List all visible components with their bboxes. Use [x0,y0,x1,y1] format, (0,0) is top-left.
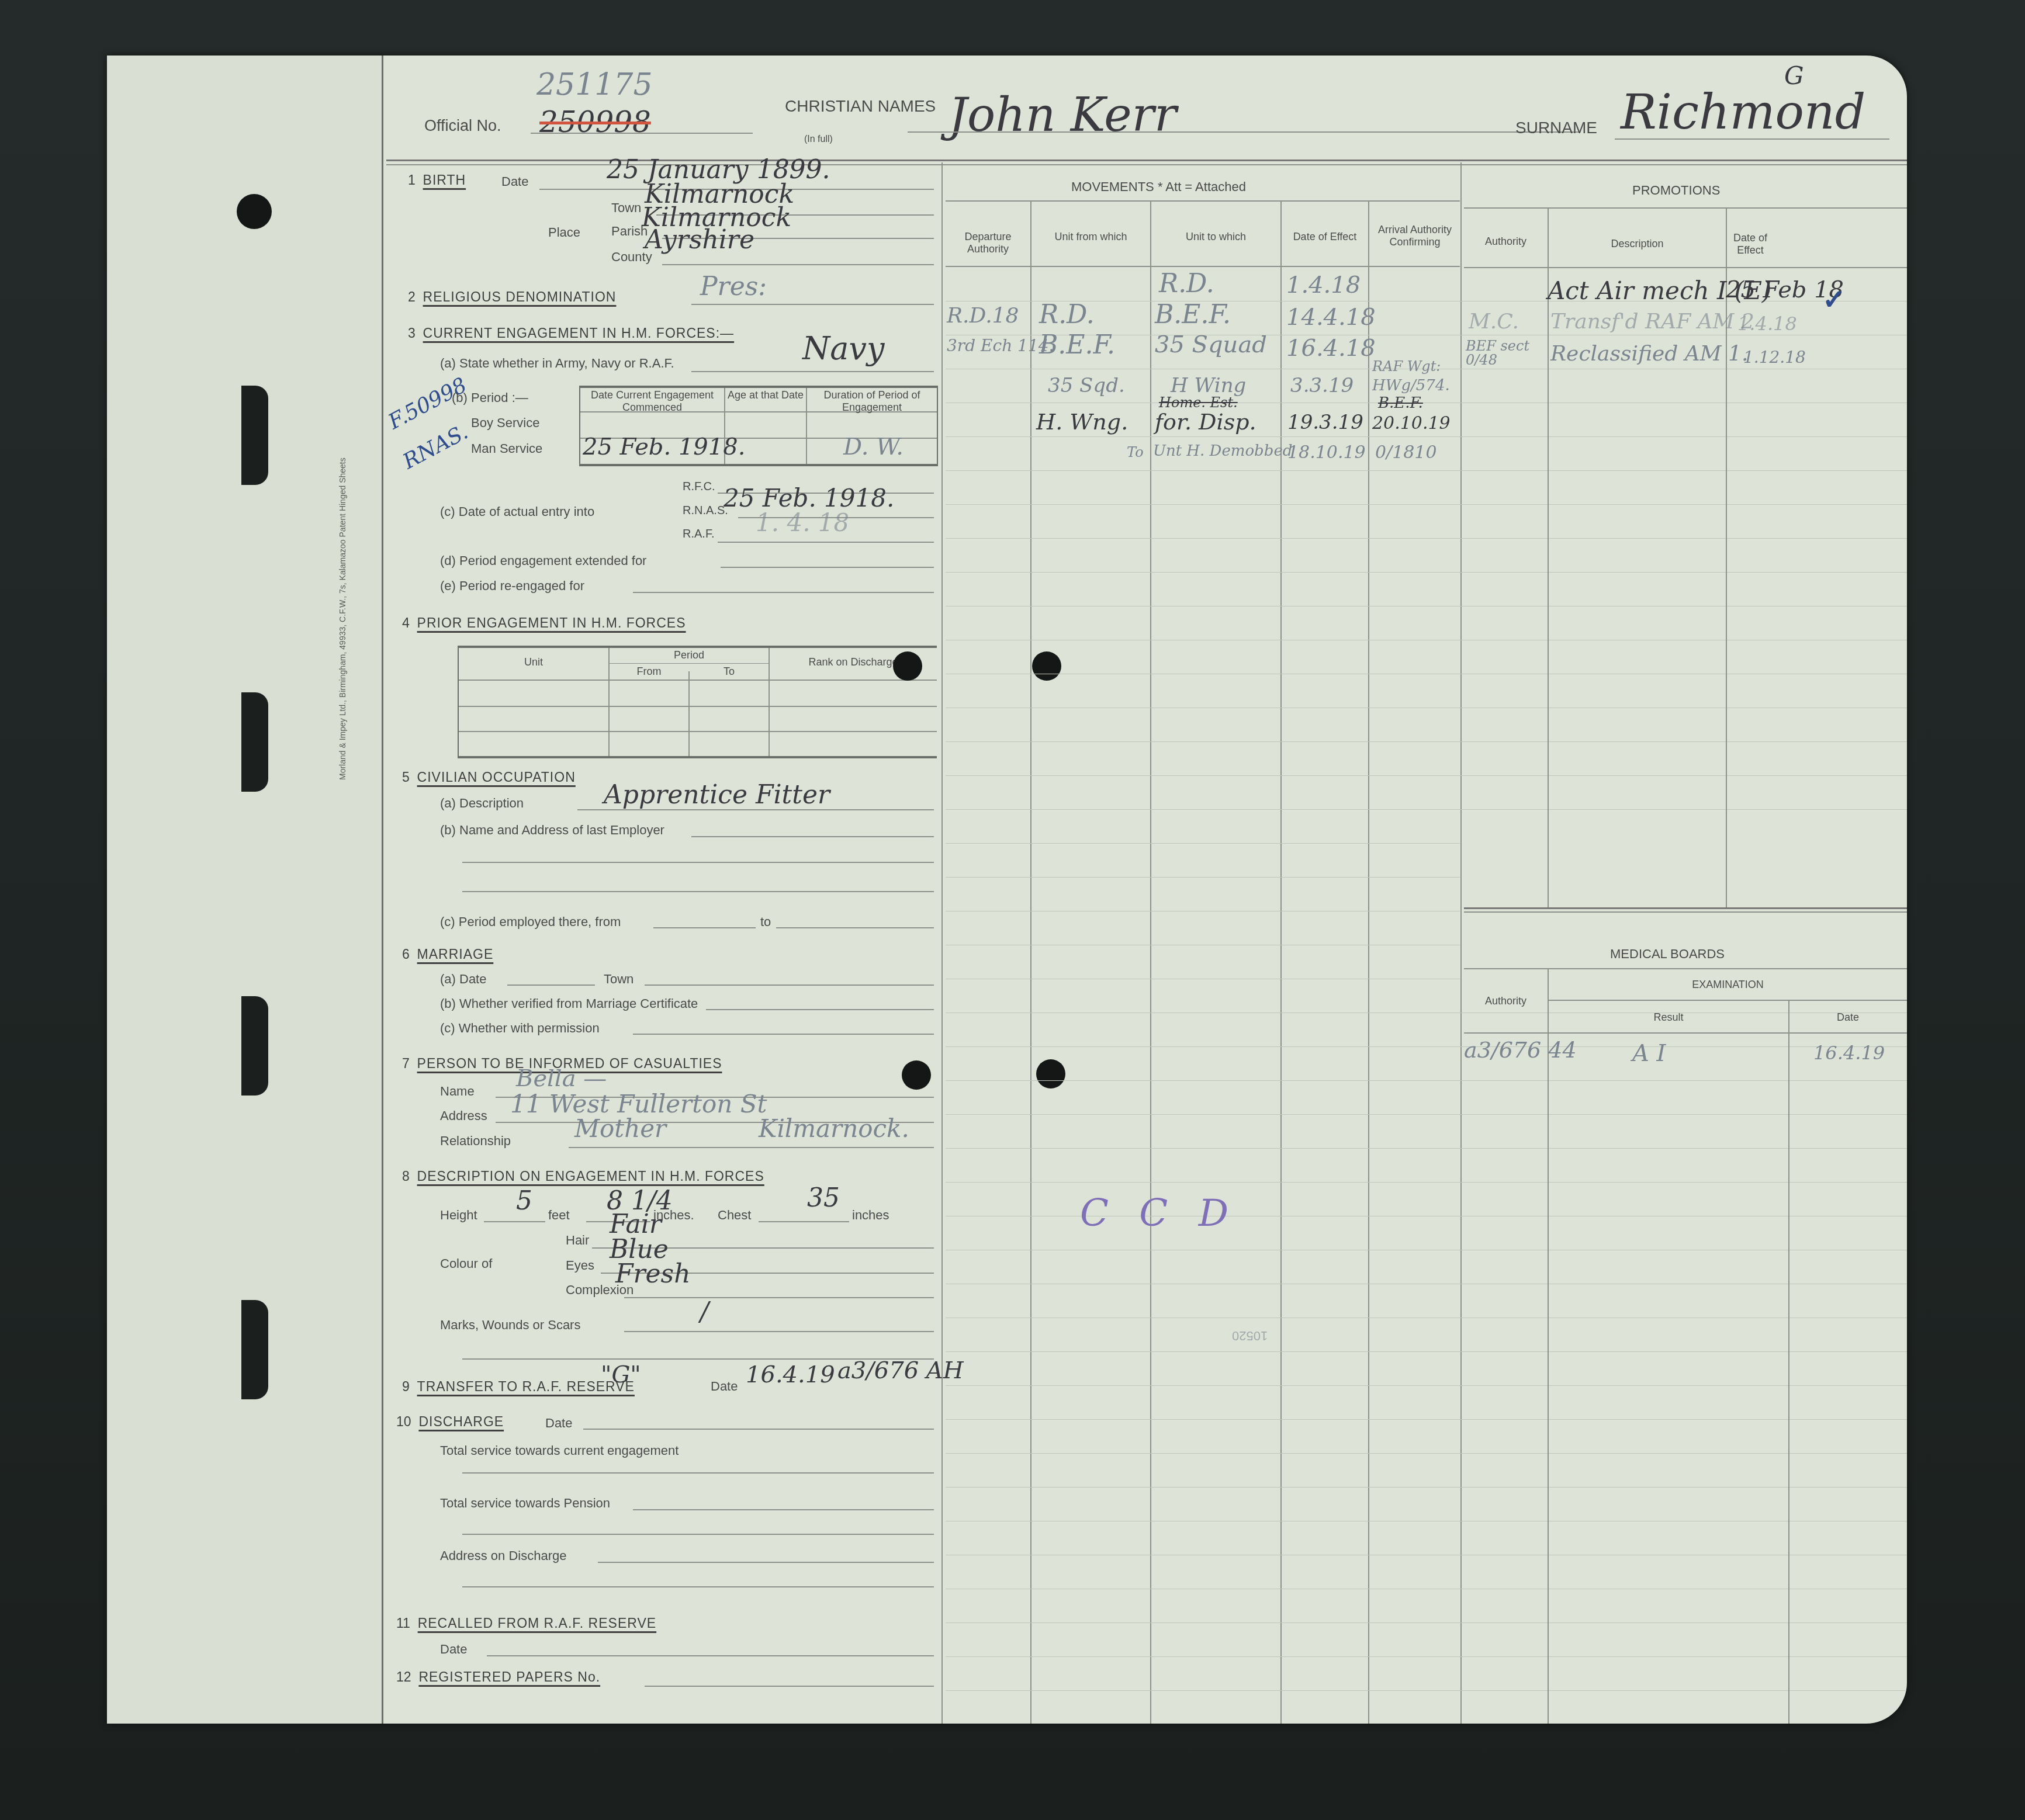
table-divider [688,671,690,756]
movement-date: 16.4.18 [1286,335,1376,362]
promotion-description: Transf'd RAF AM 2 [1550,310,1754,334]
rule [662,264,934,265]
table-divider [459,731,937,732]
movement-arrival-authority: RAF Wgt: [1372,358,1441,375]
rule [645,984,934,986]
promotion-authority: BEF sect 0/48 [1466,339,1548,367]
official-no-struck: 250998 [539,105,651,139]
column-divider [1368,200,1369,1724]
margin-note-rnas: RNAS. [399,420,472,474]
ruled-line [946,572,1907,573]
movement-unit-to-struck: Home. Est. [1159,394,1238,411]
table-divider [608,648,610,756]
movements-header: Departure Authority [946,231,1030,255]
binder-tab [241,996,268,1096]
marks-label: Marks, Wounds or Scars [440,1318,580,1333]
medical-boards-title: MEDICAL BOARDS [1610,947,1725,962]
promotions-header: Authority [1464,235,1548,248]
table-divider [459,680,937,681]
ruled-line [946,1046,1907,1047]
table-divider [459,706,937,707]
birth-town-label: Town [611,200,641,216]
rule [462,1472,934,1474]
movement-date: 18.10.19 [1287,442,1366,463]
movement-date: 1.4.18 [1286,272,1361,299]
movement-date: 14.4.18 [1286,304,1376,331]
punch-hole-icon [902,1060,931,1090]
table-header: Period [610,649,769,661]
promotion-date: 1.4.18 [1737,313,1797,335]
total-pension-label: Total service towards Pension [440,1496,610,1511]
column-divider [1548,968,1549,1724]
section-discharge: 10 DISCHARGE [396,1414,504,1430]
eyes-label: Eyes [566,1258,594,1273]
marriage-permission-label: (c) Whether with permission [440,1021,600,1036]
movements-header: Arrival Authority Confirming [1369,224,1460,248]
table-header: Unit [459,656,608,668]
ccd-stamp: C C D [1080,1192,1238,1235]
christian-names-sub: (In full) [804,134,833,145]
examination-label: EXAMINATION [1549,979,1907,991]
rule [583,1429,934,1430]
birth-place-label: Place [548,225,580,240]
table-divider [946,200,1460,202]
chest-unit: inches [852,1208,889,1223]
employment-period-label: (c) Period employed there, from [440,914,621,930]
table-header: From [610,665,688,678]
binder-stub: Morland & Impey Ltd., Birmingham, 49933,… [107,56,383,1724]
movement-authority: R.D.18 [947,304,1019,328]
ruled-line [946,877,1460,878]
chest-label: Chest [718,1208,751,1223]
section-transfer: 9 TRANSFER TO R.A.F. RESERVE [402,1379,635,1395]
service-record-card: Morland & Impey Ltd., Birmingham, 49933,… [107,56,1907,1724]
height-label: Height [440,1208,477,1223]
ruled-line [946,1656,1907,1657]
ruled-line [946,1250,1907,1250]
raf-label: R.A.F. [683,528,714,541]
height-feet: 5 [516,1186,532,1216]
rule [624,1297,934,1298]
ruled-line [946,911,1460,911]
total-current-label: Total service towards current engagement [440,1443,679,1458]
movement-unit-from: To [1127,444,1144,460]
ruled-line [946,470,1907,471]
ruled-line [946,945,1460,945]
section-recalled: 11 RECALLED FROM R.A.F. RESERVE [396,1616,656,1631]
column-divider [941,162,943,1724]
casualty-relationship-label: Relationship [440,1133,511,1149]
section-divider [1464,911,1907,913]
medical-date: 16.4.19 [1813,1042,1885,1064]
complexion-value: Fresh [615,1259,691,1289]
binder-tab [241,386,268,485]
employment-to-label: to [760,914,771,930]
movements-header: Date of Effect [1282,231,1368,243]
discharge-address-label: Address on Discharge [440,1548,566,1564]
occupation-label: (a) Description [440,796,524,811]
ruled-line [946,1623,1907,1623]
prior-engagement-table: Unit Period From To Rank on Discharge [458,646,937,758]
occupation-value: Apprentice Fitter [604,780,830,810]
section-civilian-occupation: 5 CIVILIAN OCCUPATION [402,769,576,785]
promotions-title: PROMOTIONS [1632,183,1720,198]
rule [577,809,934,810]
table-divider [1464,1032,1907,1034]
ruled-line [946,1589,1907,1589]
rule [462,891,934,892]
punch-hole-icon [1036,1059,1065,1088]
checkmark-icon: ✓ [1822,283,1846,316]
ruled-line [946,1351,1907,1352]
rule [462,1534,934,1535]
column-divider [1150,200,1151,1724]
table-header: To [690,665,769,678]
ruled-line [946,1419,1907,1420]
ruled-line [946,1521,1907,1521]
section-marriage: 6 MARRIAGE [402,947,493,962]
movements-title: MOVEMENTS * Att = Attached [1071,179,1246,195]
rule [759,1221,849,1222]
movement-unit-to: for. Disp. [1155,409,1256,435]
column-divider [1280,200,1282,1724]
ruled-line [946,403,1907,403]
column-divider [1460,162,1462,1724]
christian-names-label: CHRISTIAN NAMES [785,98,902,115]
surname-annotation: G [1784,61,1804,90]
transfer-reference: a3/676 AH [837,1357,964,1384]
service-branch-label: (a) State whether in Army, Navy or R.A.F… [440,356,674,371]
hair-label: Hair [566,1233,589,1248]
table-divider [608,663,769,664]
ruled-line [946,843,1460,844]
rule [633,1509,934,1510]
column-divider [1030,200,1031,1724]
boy-service-label: Boy Service [471,415,539,431]
movement-arrival-struck: B.E.F. [1378,394,1423,412]
movement-arrival-authority: 20.10.19 [1372,413,1451,434]
movements-header: Unit from which [1031,231,1150,243]
marriage-cert-label: (b) Whether verified from Marriage Certi… [440,996,698,1011]
ruled-line [946,1555,1907,1555]
section-birth: 1 BIRTH [408,172,466,188]
rule [691,371,934,372]
official-no-label: Official No. [424,117,501,135]
punch-hole-icon [1032,651,1061,681]
casualty-town: Kilmarnock. [759,1114,909,1143]
punch-hole-icon [237,194,272,229]
table-header: Age at that Date [725,389,806,401]
employer-label: (b) Name and Address of last Employer [440,823,664,838]
rule [776,927,934,928]
feet-label: feet [548,1208,570,1223]
binder-tab [241,692,268,792]
ruled-line [946,1453,1907,1454]
casualty-name-label: Name [440,1084,475,1099]
ruled-line [946,1080,1907,1081]
period-label: (b) Period :— [452,390,528,405]
rule [462,1586,934,1587]
promotion-description: Reclassified AM 1. [1550,342,1748,366]
binder-tab [241,1300,268,1399]
section-religion: 2 RELIGIOUS DENOMINATION [408,289,616,305]
movement-date: 3.3.19 [1290,374,1354,397]
rule [633,1034,934,1035]
faint-number: 10520 [1232,1328,1268,1343]
ruled-line [946,708,1907,708]
rule [706,1009,934,1010]
ruled-line [946,1487,1907,1488]
man-service-date: 25 Feb. 1918. [583,434,745,460]
ruled-line [946,775,1907,776]
promotions-header: Date of Effect [1727,232,1774,256]
rule [653,927,756,928]
ruled-line [946,674,1907,674]
rule [633,592,934,593]
movement-unit-from: B.E.F. [1039,330,1115,360]
marriage-town-label: Town [604,972,634,987]
section-current-engagement: 3 CURRENT ENGAGEMENT IN H.M. FORCES:— [408,325,734,341]
medical-header: Date [1789,1011,1906,1024]
column-divider [1548,207,1549,909]
transfer-date: 16.4.19 [746,1361,835,1388]
ruled-line [946,606,1907,606]
ruled-line [946,979,1460,979]
movement-unit-from: 35 Sqd. [1048,374,1125,397]
table-divider [1549,1000,1907,1001]
rule [718,542,934,543]
casualty-relationship: Mother [574,1114,666,1143]
rule [569,1147,934,1148]
ruled-line [946,741,1907,742]
casualty-address-label: Address [440,1108,487,1124]
medical-authority: a3/676 44 [1464,1037,1577,1063]
movement-authority: H. Wng. [1036,409,1128,435]
ruled-line [946,1148,1907,1149]
rule [531,133,753,134]
movement-unit-to: H Wing [1171,374,1246,397]
ruled-line [946,809,1907,810]
rule [507,984,595,986]
rule [487,1655,934,1656]
marriage-date-label: (a) Date [440,972,486,987]
rule [484,1221,545,1222]
column-divider [1788,1000,1789,1724]
ruled-line [946,1385,1907,1386]
discharge-date-label: Date [545,1416,572,1431]
movement-unit-to: B.E.F. [1155,300,1231,330]
marks-value: / [700,1297,709,1327]
movement-arrival-authority: 0/1810 [1375,442,1437,463]
rfc-label: R.F.C. [683,480,715,494]
religion-value: Pres: [700,272,767,301]
movement-unit-to: R.D. [1159,269,1214,299]
transfer-annotation: "G" [601,1361,641,1388]
man-service-duration: D. W. [843,434,904,460]
rule [691,304,934,305]
ruled-line [946,1318,1907,1318]
promotion-authority: M.C. [1469,310,1519,334]
ruled-line [946,504,1907,505]
rule [598,1562,934,1563]
section-registered-papers: 12 REGISTERED PAPERS No. [396,1669,600,1685]
promotions-header: Description [1549,238,1726,250]
christian-names: John Kerr [949,88,1176,142]
section-prior-engagement: 4 PRIOR ENGAGEMENT IN H.M. FORCES [402,615,686,631]
surname: Richmond [1621,85,1865,140]
medical-header: Result [1549,1011,1788,1024]
rnas-label: R.N.A.S. [683,504,728,518]
surname-label: SURNAME [1515,119,1597,137]
rule [462,862,934,863]
punch-hole-icon [893,651,922,681]
ruled-line [946,1114,1907,1115]
ruled-line [946,640,1907,640]
entry-date-label: (c) Date of actual entry into [440,504,594,519]
promotion-date: 1.12.18 [1743,348,1806,367]
movement-date: 19.3.19 [1287,411,1363,434]
movement-unit-from: R.D. [1039,300,1095,330]
rule [691,836,934,837]
service-branch: Navy [802,330,884,367]
birth-county: Ayrshire [645,225,754,255]
table-divider [946,266,1460,267]
movement-authority: 3rd Ech 114. [947,336,1054,355]
ruled-line [946,538,1907,539]
transfer-date-label: Date [711,1379,738,1394]
recalled-date-label: Date [440,1642,467,1657]
ruled-line [946,1182,1907,1183]
engagement-table: Date Current Engagement Commenced Age at… [579,386,938,466]
table-header: Duration of Period of Engagement [807,389,937,413]
rule [908,131,1580,133]
casualty-name: Bella — [516,1065,607,1092]
table-divider [1464,968,1907,969]
movement-unit-to: 35 Squad [1155,331,1267,358]
chest-value: 35 [807,1183,840,1213]
colour-label: Colour of [440,1256,492,1271]
ruled-line [946,1690,1907,1691]
section-divider [1464,907,1907,909]
man-service-label: Man Service [471,441,542,456]
movement-arrival-authority: HWg/574. [1372,377,1450,394]
table-divider [1464,207,1907,209]
printer-imprint: Morland & Impey Ltd., Birmingham, 49933,… [338,196,355,780]
ruled-line [946,436,1907,437]
extended-label: (d) Period engagement extended for [440,553,646,568]
rule [624,1331,934,1332]
raf-date: 1. 4. 18 [756,508,849,537]
table-header: Date Current Engagement Commenced [580,389,724,413]
ruled-line [946,1284,1907,1284]
medical-header: Authority [1464,995,1548,1007]
section-description: 8 DESCRIPTION ON ENGAGEMENT IN H.M. FORC… [402,1169,764,1184]
rule [645,1686,934,1687]
official-no-new: 251175 [536,67,653,102]
movements-header: Unit to which [1151,231,1280,243]
reengaged-label: (e) Period re-engaged for [440,578,584,594]
birth-date-label: Date [501,174,528,189]
rule [721,567,934,568]
rule [1615,138,1889,140]
movement-unit-to: Unt H. Demobbed [1153,442,1292,460]
table-divider [1464,267,1907,268]
medical-result: A I [1632,1040,1666,1067]
